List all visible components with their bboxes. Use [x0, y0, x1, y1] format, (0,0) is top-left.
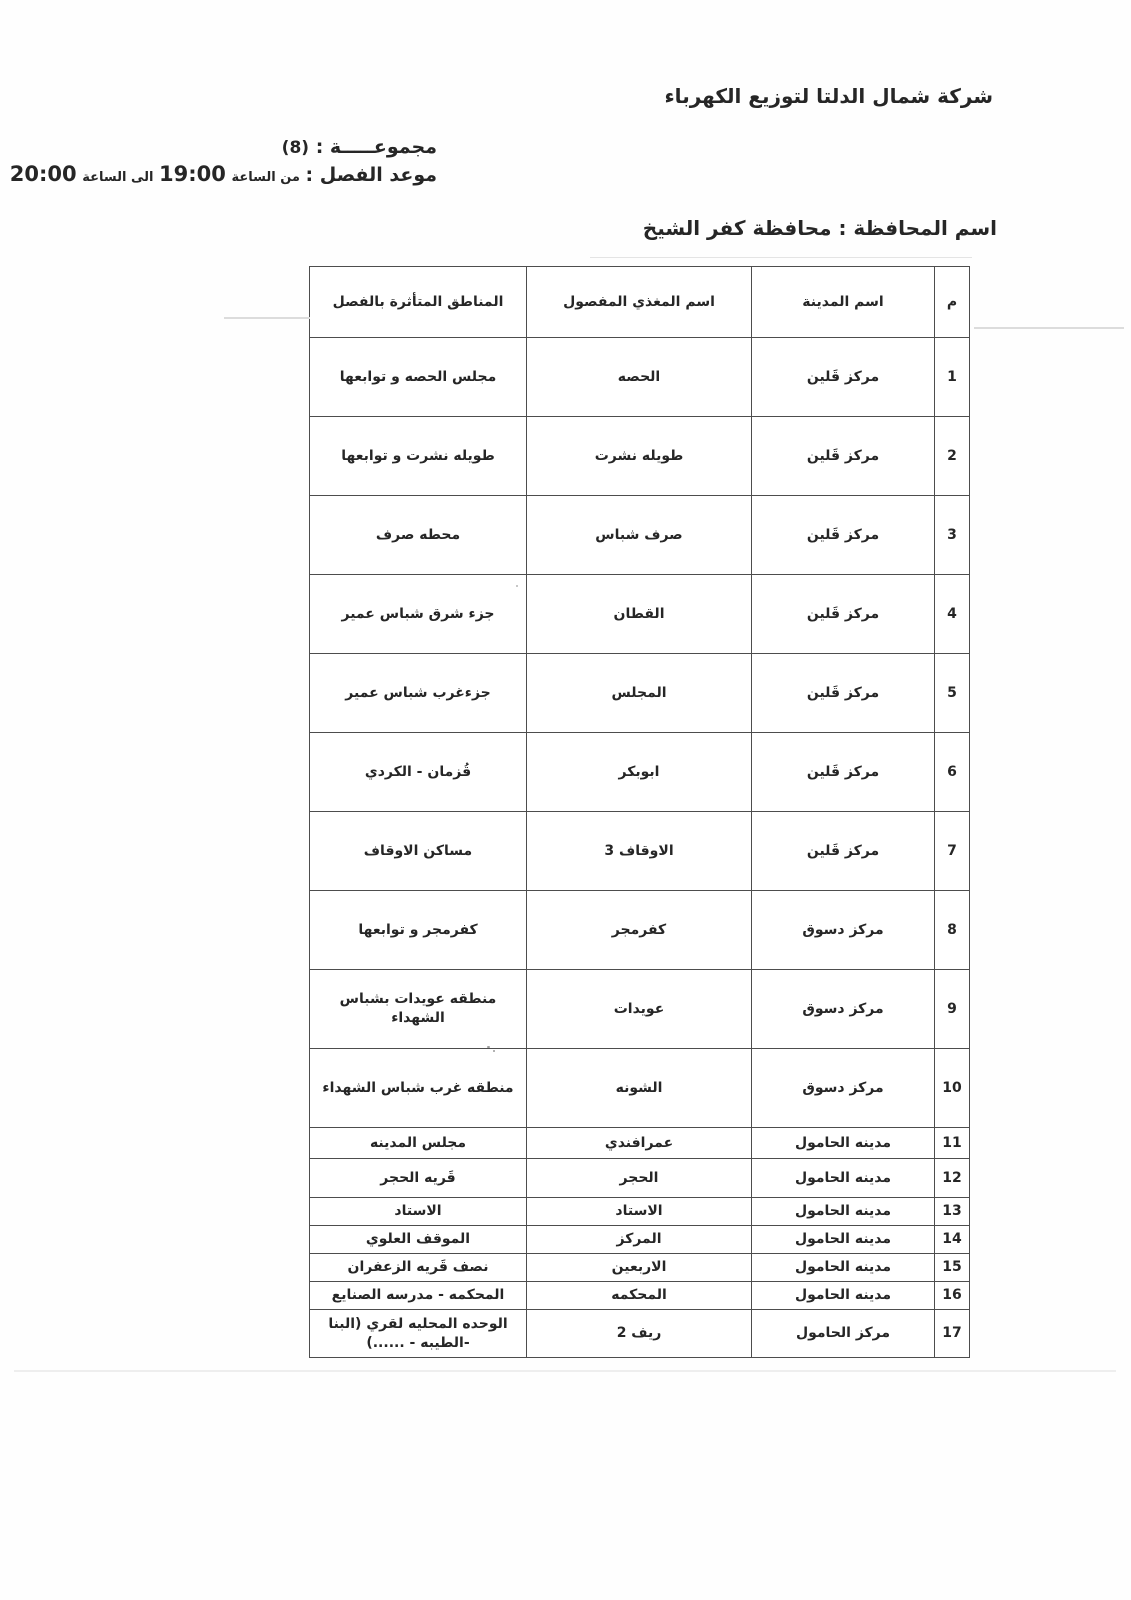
- from-time: 19:00: [159, 162, 226, 186]
- scan-speck: [516, 585, 518, 587]
- from-label: من الساعة: [231, 170, 300, 185]
- city-cell: مركز قَلين: [751, 812, 934, 890]
- scan-artifact-line: [974, 327, 1124, 329]
- areas-cell: كفرمجر و توابعها: [310, 891, 526, 969]
- row-number-cell: 16: [934, 1282, 969, 1309]
- feeder-cell: المجلس: [526, 654, 751, 732]
- row-number-cell: 4: [934, 575, 969, 653]
- areas-cell: الوحده المحليه لقري (البنا -الطيبه - ...…: [310, 1310, 526, 1357]
- city-cell: مركز قَلين: [751, 575, 934, 653]
- row-number-cell: 12: [934, 1159, 969, 1197]
- table-row: 15 مدينه الحامول الاربعين نصف قَريه الزع…: [310, 1254, 969, 1282]
- city-cell: مدينه الحامول: [751, 1198, 934, 1225]
- table-row: 13 مدينه الحامول الاستاد الاستاد: [310, 1198, 969, 1226]
- table-row: 14 مدينه الحامول المركز الموقف العلوي: [310, 1226, 969, 1254]
- row-number-cell: 7: [934, 812, 969, 890]
- feeder-cell: المركز: [526, 1226, 751, 1253]
- row-number-cell: 8: [934, 891, 969, 969]
- areas-cell: قَريه الحجر: [310, 1159, 526, 1197]
- city-cell: مركز قَلين: [751, 417, 934, 495]
- row-number-cell: 15: [934, 1254, 969, 1281]
- city-cell: مركز قَلين: [751, 733, 934, 811]
- to-label: الى الساعة: [82, 170, 153, 185]
- feeder-cell: كفرمجر: [526, 891, 751, 969]
- table-row: 5 مركز قَلين المجلس جزءغرب شباس عمير: [310, 654, 969, 733]
- feeder-cell: طويله نشرت: [526, 417, 751, 495]
- city-cell: مركز دسوق: [751, 1049, 934, 1127]
- col-header-feeder: اسم المغذي المفصول: [526, 267, 751, 337]
- table-row: 9 مركز دسوق عويدات منطقه عويدات بشباس ال…: [310, 970, 969, 1049]
- feeder-cell: الاوقاف 3: [526, 812, 751, 890]
- scan-speck: [493, 1050, 495, 1052]
- city-cell: مركز قَلين: [751, 654, 934, 732]
- group-line: مجموعـــــة : (8): [10, 136, 437, 158]
- table-row: 11 مدينه الحامول عمرافندي مجلس المدينه: [310, 1128, 969, 1159]
- table-row: 10 مركز دسوق الشونه منطقه غرب شباس الشهد…: [310, 1049, 969, 1128]
- row-number-cell: 10: [934, 1049, 969, 1127]
- outage-time-line: موعد الفصل : من الساعة 19:00 الى الساعة …: [10, 162, 437, 186]
- table-row: 4 مركز قَلين القطان جزء شرق شباس عمير: [310, 575, 969, 654]
- areas-cell: الاستاد: [310, 1198, 526, 1225]
- feeder-cell: الحصه: [526, 338, 751, 416]
- table-row: 1 مركز قَلين الحصه مجلس الحصه و توابعها: [310, 338, 969, 417]
- areas-cell: منطقه عويدات بشباس الشهداء: [310, 970, 526, 1048]
- city-cell: مدينه الحامول: [751, 1128, 934, 1158]
- city-cell: مركز الحامول: [751, 1310, 934, 1357]
- governorate-line: اسم المحافظة : محافظة كفر الشيخ: [643, 216, 997, 240]
- table-row: 7 مركز قَلين الاوقاف 3 مساكن الاوقاف: [310, 812, 969, 891]
- row-number-cell: 17: [934, 1310, 969, 1357]
- areas-cell: جزء شرق شباس عمير: [310, 575, 526, 653]
- areas-cell: محطه صرف: [310, 496, 526, 574]
- table-row: 6 مركز قَلين ابوبكر قُزمان - الكردي: [310, 733, 969, 812]
- areas-cell: جزءغرب شباس عمير: [310, 654, 526, 732]
- city-cell: مدينه الحامول: [751, 1282, 934, 1309]
- row-number-cell: 2: [934, 417, 969, 495]
- areas-cell: المحكمه - مدرسه الصنايع: [310, 1282, 526, 1309]
- areas-cell: الموقف العلوي: [310, 1226, 526, 1253]
- table-row: 8 مركز دسوق كفرمجر كفرمجر و توابعها: [310, 891, 969, 970]
- areas-cell: طويله نشرت و توابعها: [310, 417, 526, 495]
- group-label: مجموعـــــة :: [316, 136, 437, 158]
- group-number: (8): [282, 138, 309, 158]
- table-row: 17 مركز الحامول ريف 2 الوحده المحليه لقر…: [310, 1310, 969, 1357]
- table-row: 2 مركز قَلين طويله نشرت طويله نشرت و توا…: [310, 417, 969, 496]
- col-header-areas: المناطق المتأثرة بالفصل: [310, 267, 526, 337]
- scan-speck: [487, 1046, 490, 1048]
- areas-cell: قُزمان - الكردي: [310, 733, 526, 811]
- scan-artifact-line: [224, 317, 310, 319]
- feeder-cell: القطان: [526, 575, 751, 653]
- scan-artifact-line: [14, 1370, 1116, 1372]
- city-cell: مدينه الحامول: [751, 1226, 934, 1253]
- outage-table-body: 1 مركز قَلين الحصه مجلس الحصه و توابعها …: [310, 338, 969, 1357]
- feeder-cell: ريف 2: [526, 1310, 751, 1357]
- col-header-city: اسم المدينة: [751, 267, 934, 337]
- table-header-row: م اسم المدينة اسم المغذي المفصول المناطق…: [310, 267, 969, 338]
- areas-cell: نصف قَريه الزعفران: [310, 1254, 526, 1281]
- feeder-cell: صرف شباس: [526, 496, 751, 574]
- col-header-num: م: [934, 267, 969, 337]
- row-number-cell: 1: [934, 338, 969, 416]
- table-row: 3 مركز قَلين صرف شباس محطه صرف: [310, 496, 969, 575]
- group-schedule-block: مجموعـــــة : (8) موعد الفصل : من الساعة…: [10, 136, 437, 186]
- table-row: 16 مدينه الحامول المحكمه المحكمه - مدرسه…: [310, 1282, 969, 1310]
- company-title: شركة شمال الدلتا لتوزيع الكهرباء: [664, 84, 993, 108]
- feeder-cell: الاربعين: [526, 1254, 751, 1281]
- table-row: 12 مدينه الحامول الحجر قَريه الحجر: [310, 1159, 969, 1198]
- scan-artifact-line: [590, 257, 972, 258]
- feeder-cell: عمرافندي: [526, 1128, 751, 1158]
- row-number-cell: 14: [934, 1226, 969, 1253]
- feeder-cell: عويدات: [526, 970, 751, 1048]
- city-cell: مركز دسوق: [751, 891, 934, 969]
- feeder-cell: الحجر: [526, 1159, 751, 1197]
- feeder-cell: ابوبكر: [526, 733, 751, 811]
- city-cell: مدينه الحامول: [751, 1159, 934, 1197]
- feeder-cell: المحكمه: [526, 1282, 751, 1309]
- document-page: شركة شمال الدلتا لتوزيع الكهرباء مجموعــ…: [0, 0, 1131, 1600]
- feeder-cell: الشونه: [526, 1049, 751, 1127]
- row-number-cell: 5: [934, 654, 969, 732]
- city-cell: مركز دسوق: [751, 970, 934, 1048]
- areas-cell: مساكن الاوقاف: [310, 812, 526, 890]
- areas-cell: منطقه غرب شباس الشهداء: [310, 1049, 526, 1127]
- city-cell: مدينه الحامول: [751, 1254, 934, 1281]
- row-number-cell: 9: [934, 970, 969, 1048]
- row-number-cell: 6: [934, 733, 969, 811]
- outage-time-label: موعد الفصل :: [306, 164, 437, 186]
- city-cell: مركز قَلين: [751, 338, 934, 416]
- city-cell: مركز قَلين: [751, 496, 934, 574]
- feeder-cell: الاستاد: [526, 1198, 751, 1225]
- row-number-cell: 13: [934, 1198, 969, 1225]
- to-time: 20:00: [10, 162, 77, 186]
- row-number-cell: 3: [934, 496, 969, 574]
- row-number-cell: 11: [934, 1128, 969, 1158]
- outage-table: م اسم المدينة اسم المغذي المفصول المناطق…: [309, 266, 970, 1358]
- areas-cell: مجلس الحصه و توابعها: [310, 338, 526, 416]
- areas-cell: مجلس المدينه: [310, 1128, 526, 1158]
